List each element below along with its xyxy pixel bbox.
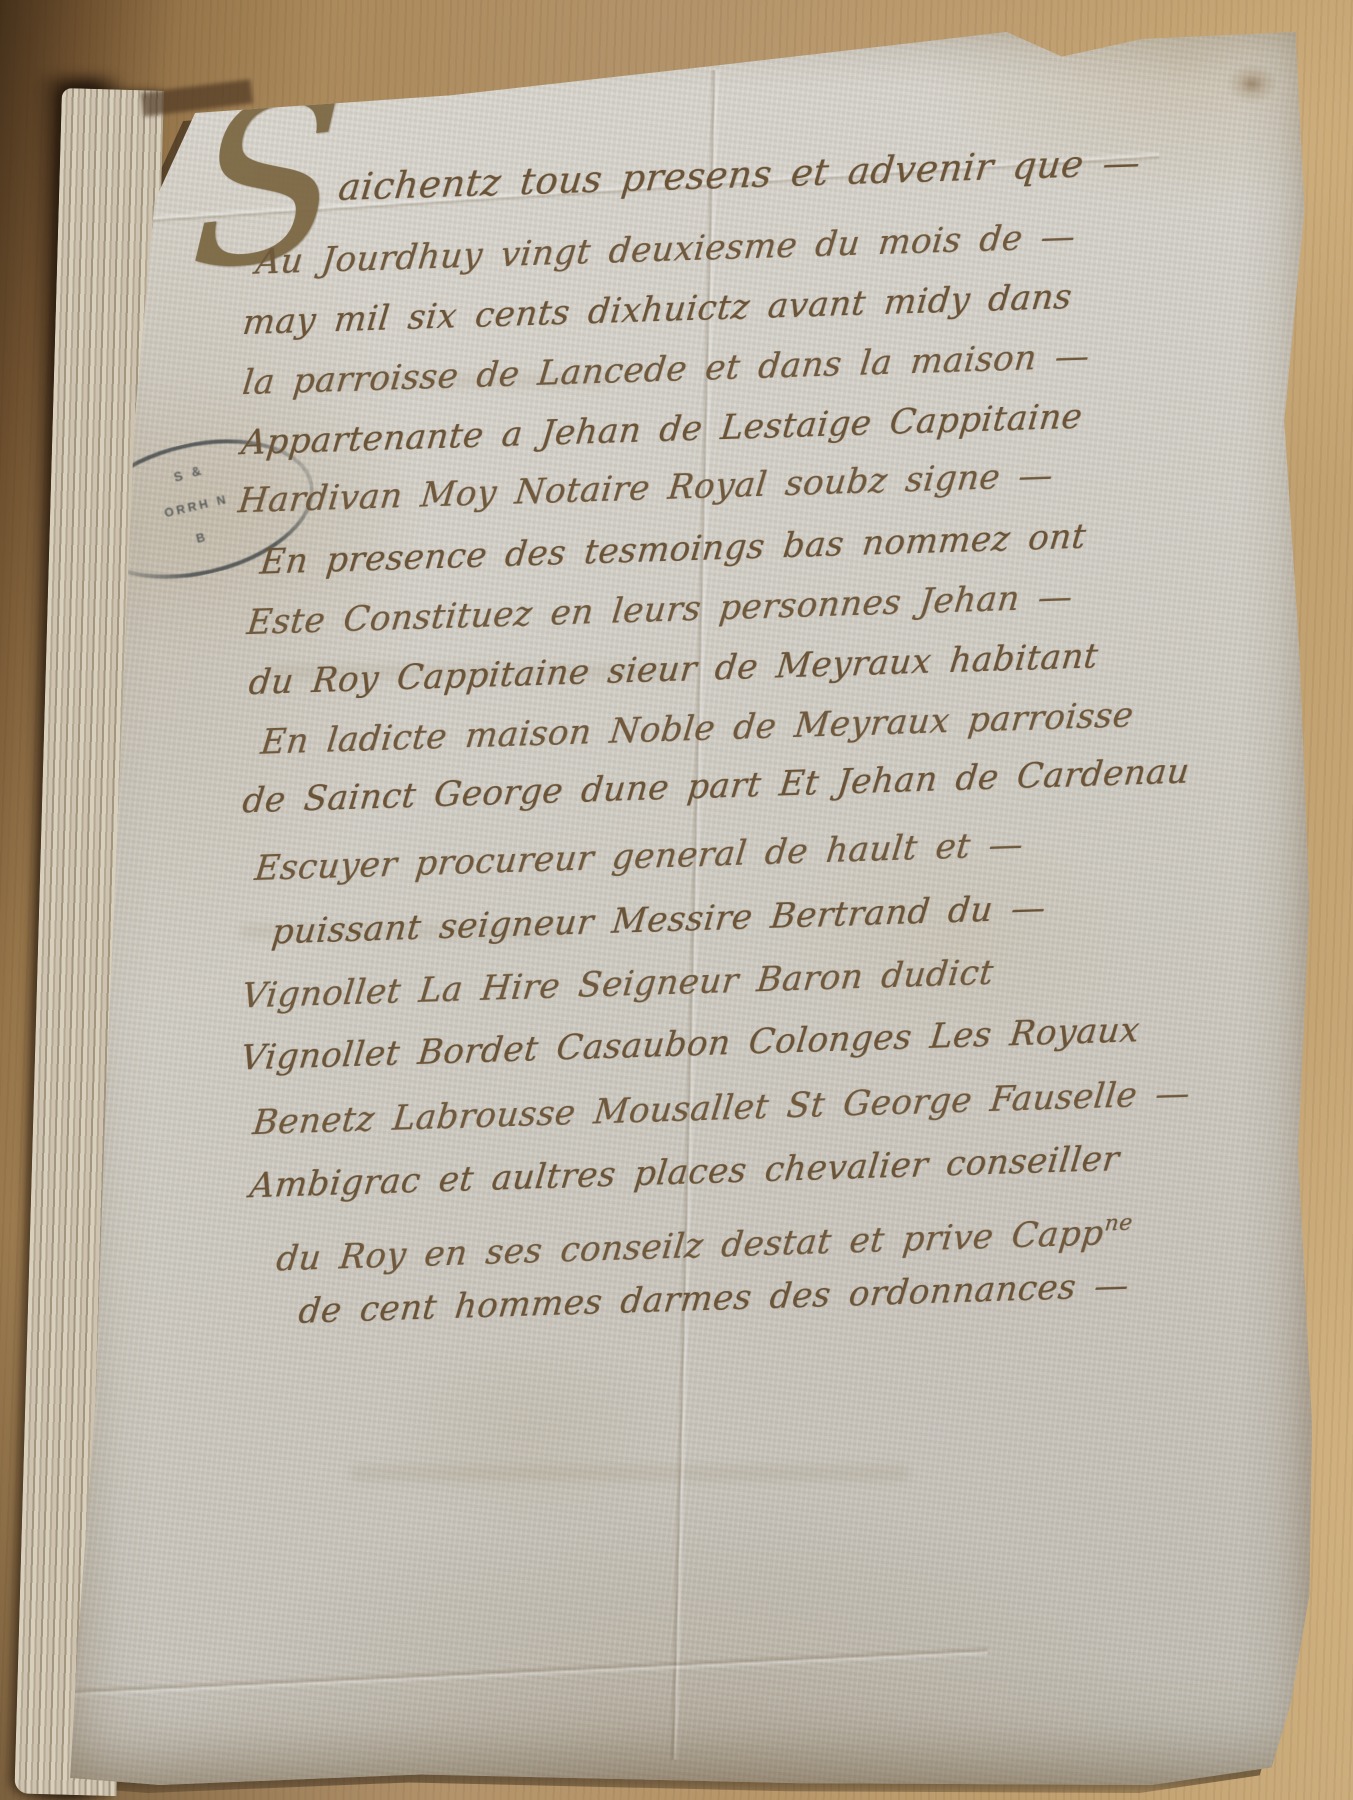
manuscript-page: S & ORRH N B S aichentz tous presens et …: [50, 25, 1312, 1785]
photo-scene: S & ORRH N B S aichentz tous presens et …: [0, 0, 1353, 1800]
paper-edge-shading: [50, 25, 1312, 1785]
